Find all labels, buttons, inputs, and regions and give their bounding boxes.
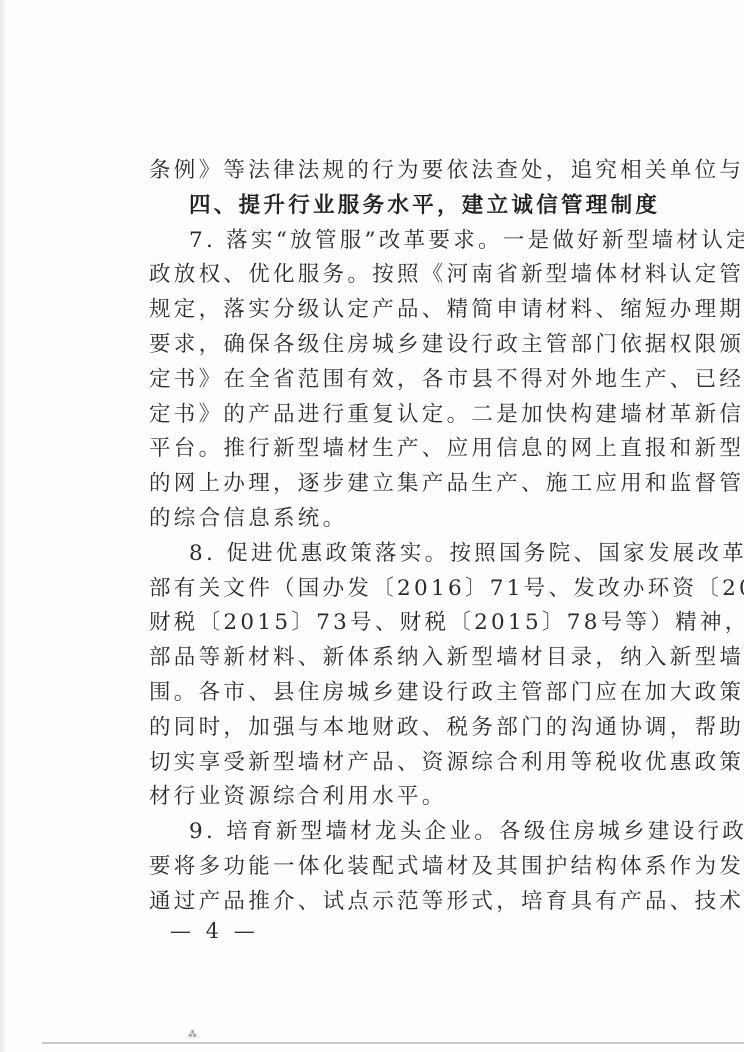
paragraph-line: 财税〔2015〕73号、财税〔2015〕78号等）精神，将装配式墙材 [149,606,699,641]
scanned-page: 条例》等法律法规的行为要依法查处，追究相关单位与人员责任。 四、提升行业服务水平… [0,0,744,1052]
paragraph-line: 部有关文件（国办发〔2016〕71号、发改办环资〔2017〕212号、 [149,572,699,607]
paragraph-line: 8. 促进优惠政策落实。按照国务院、国家发展改革委、财政 [149,537,699,572]
paragraph-line: 条例》等法律法规的行为要依法查处，追究相关单位与人员责任。 [149,154,699,189]
paragraph-line: 定书》在全省范围有效，各市县不得对外地生产、已经取得《认 [149,363,699,398]
page-number: — 4 — [170,914,259,948]
paragraph-line: 切实享受新型墙材产品、资源综合利用等税收优惠政策，提高墙 [149,746,699,781]
scan-bottom-edge [42,1042,744,1044]
paragraph-line: 要求，确保各级住房城乡建设行政主管部门依据权限颁发的《认 [149,328,699,363]
paragraph-line: 平台。推行新型墙材生产、应用信息的网上直报和新型墙材认定 [149,432,699,467]
paragraph-line: 的同时，加强与本地财政、税务部门的沟通协调，帮助认定企业 [149,711,699,746]
section-heading: 四、提升行业服务水平，建立诚信管理制度 [149,189,699,224]
paragraph-line: 定书》的产品进行重复认定。二是加快构建墙材革新信息化服务 [149,398,699,433]
paragraph-line: 政放权、优化服务。按照《河南省新型墙体材料认定管理办法》 [149,258,699,293]
scan-artifact: ⁂ [188,1030,198,1040]
paragraph-line: 7. 落实“放管服”改革要求。一是做好新型墙材认定中的简 [149,224,699,259]
paragraph-line: 材行业资源综合利用水平。 [149,780,699,815]
document-body: 条例》等法律法规的行为要依法查处，追究相关单位与人员责任。 四、提升行业服务水平… [149,154,699,920]
paragraph-line: 的网上办理，逐步建立集产品生产、施工应用和监督管理于一体 [149,467,699,502]
paragraph-line: 规定，落实分级认定产品、精简申请材料、缩短办理期限等工作 [149,293,699,328]
scan-edge-shadow [0,0,6,1052]
paragraph-line: 围。各市、县住房城乡建设行政主管部门应在加大政策宣传力度 [149,676,699,711]
paragraph-line: 9. 培育新型墙材龙头企业。各级住房城乡建设行政主管部门 [149,815,699,850]
paragraph-line: 要将多功能一体化装配式墙材及其围护结构体系作为发展重点， [149,850,699,885]
paragraph-line: 部品等新材料、新体系纳入新型墙材目录，纳入新型墙材认定范 [149,641,699,676]
paragraph-line: 的综合信息系统。 [149,502,699,537]
